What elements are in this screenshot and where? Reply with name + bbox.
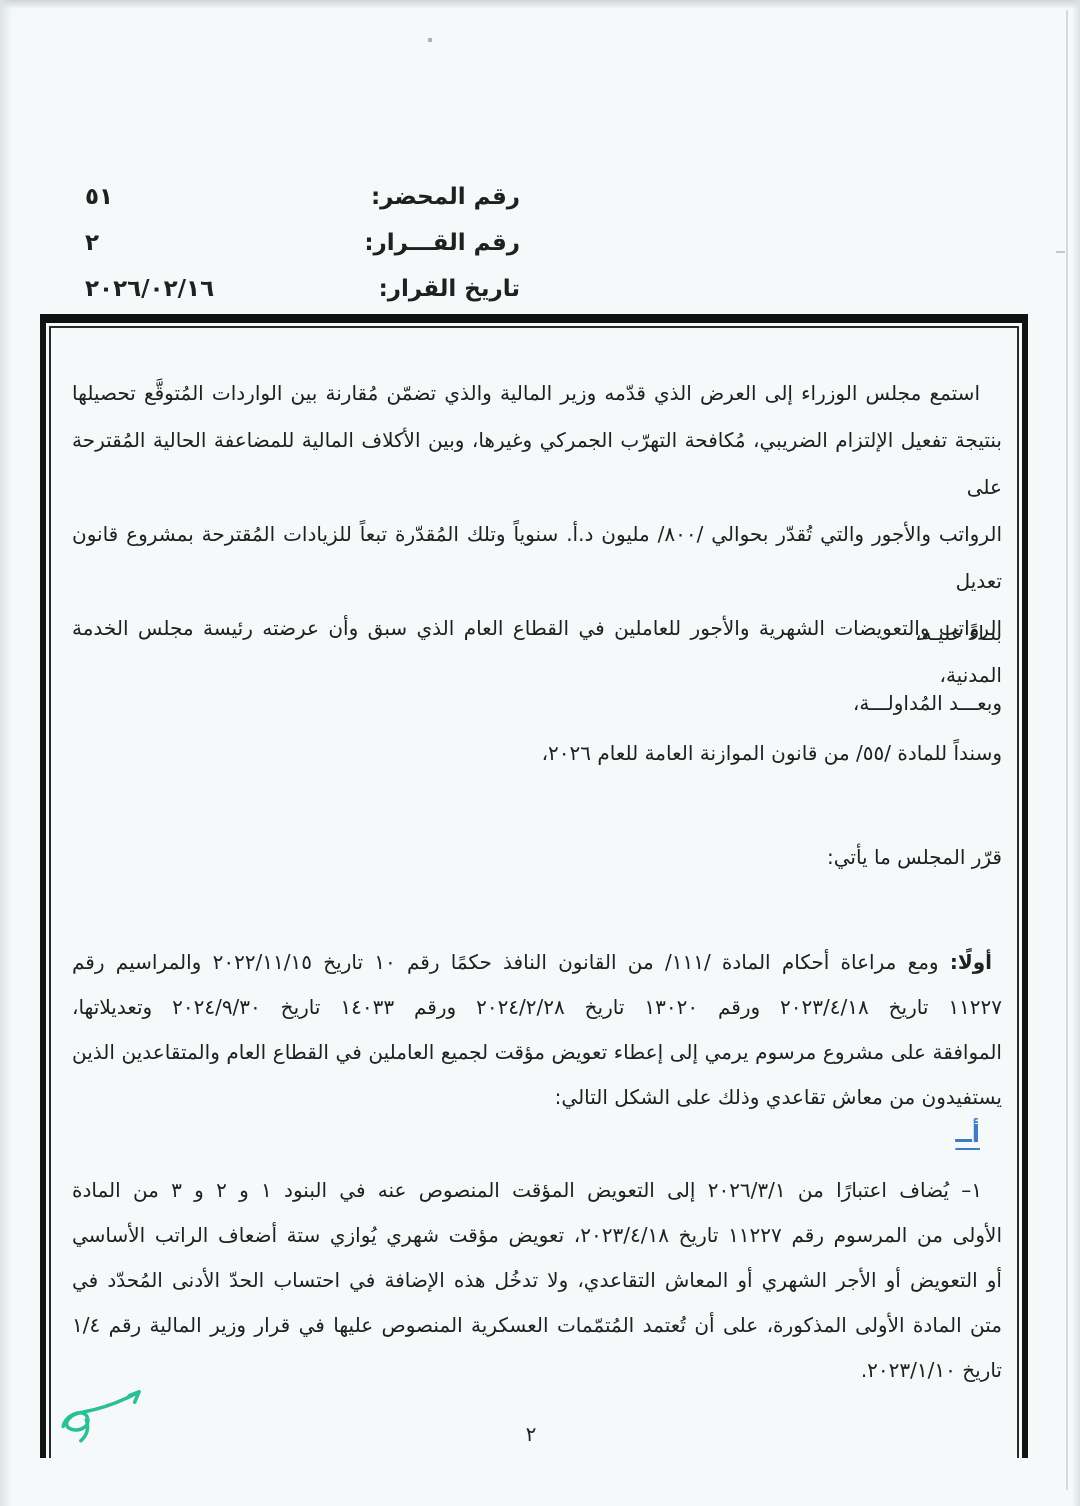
page-number: ٢	[516, 1422, 546, 1446]
body-line: الموافقة على مشروع مرسوم يرمي إلى إعطاء …	[72, 1030, 1002, 1075]
body-line: الرواتب والأجور والتي تُقدّر بحوالي /٨٠٠…	[72, 511, 1002, 605]
body-line: ١– يُضاف اعتبارًا من ٢٠٢٦/٣/١ إلى التعوي…	[72, 1168, 1002, 1213]
pursuant-line: وسنداً للمادة /٥٥/ من قانون الموازنة الع…	[542, 738, 1002, 768]
body-line: ١١٢٢٧ تاريخ ٢٠٢٣/٤/١٨ ورقم ١٣٠٢٠ تاريخ ٢…	[72, 985, 1002, 1030]
item-1-paragraph: ١– يُضاف اعتبارًا من ٢٠٢٦/٣/١ إلى التعوي…	[72, 1168, 1002, 1393]
body-line: أو التعويض أو الأجر الشهري أو المعاش الت…	[72, 1258, 1002, 1303]
decided-heading: قرّر المجلس ما يأتي:	[827, 842, 1002, 872]
after-deliberation-line: وبعـــد المُداولـــة،	[853, 688, 1002, 718]
body-line: الرواتب والتعويضات الشهرية والأجور للعام…	[72, 605, 1002, 699]
body-line: الأولى من المرسوم رقم ١١٢٢٧ تاريخ ٢٠٢٣/٤…	[72, 1213, 1002, 1258]
body-line: بنتيجة تفعيل الإلتزام الضريبي، مُكافحة ا…	[72, 417, 1002, 511]
signature-mark	[50, 1378, 160, 1444]
first-clause-label: أولًا:	[950, 950, 992, 974]
item-a-marker: أــ	[955, 1120, 980, 1148]
first-clause-text: ومع مراعاة أحكام المادة /١١١/ من القانون…	[72, 950, 939, 974]
scan-speck	[1056, 251, 1065, 253]
body-line: أولًا: ومع مراعاة أحكام المادة /١١١/ من …	[72, 940, 1002, 985]
scanned-document-page: رقم المحضر: ٥١ رقم القـــرار: ٢ تاريخ ال…	[0, 0, 1080, 1506]
intro-paragraph: استمع مجلس الوزراء إلى العرض الذي قدّمه …	[72, 370, 1002, 699]
body-line: تاريخ ٢٠٢٣/١/١٠.	[72, 1348, 1002, 1393]
scan-edge-right	[1072, 0, 1080, 1506]
body-line: يستفيدون من معاش تقاعدي وذلك على الشكل ا…	[72, 1075, 1002, 1120]
body-line: متن المادة الأولى المذكورة، على أن تُعتم…	[72, 1303, 1002, 1348]
based-on-line: بنـاءً عليـه،	[915, 618, 1002, 648]
decision-body: استمع مجلس الوزراء إلى العرض الذي قدّمه …	[72, 0, 1002, 1506]
body-line: استمع مجلس الوزراء إلى العرض الذي قدّمه …	[72, 370, 1002, 417]
scan-fold-line	[1066, 10, 1068, 1490]
first-clause-paragraph: أولًا: ومع مراعاة أحكام المادة /١١١/ من …	[72, 940, 1002, 1120]
scan-edge-left	[0, 0, 12, 1506]
